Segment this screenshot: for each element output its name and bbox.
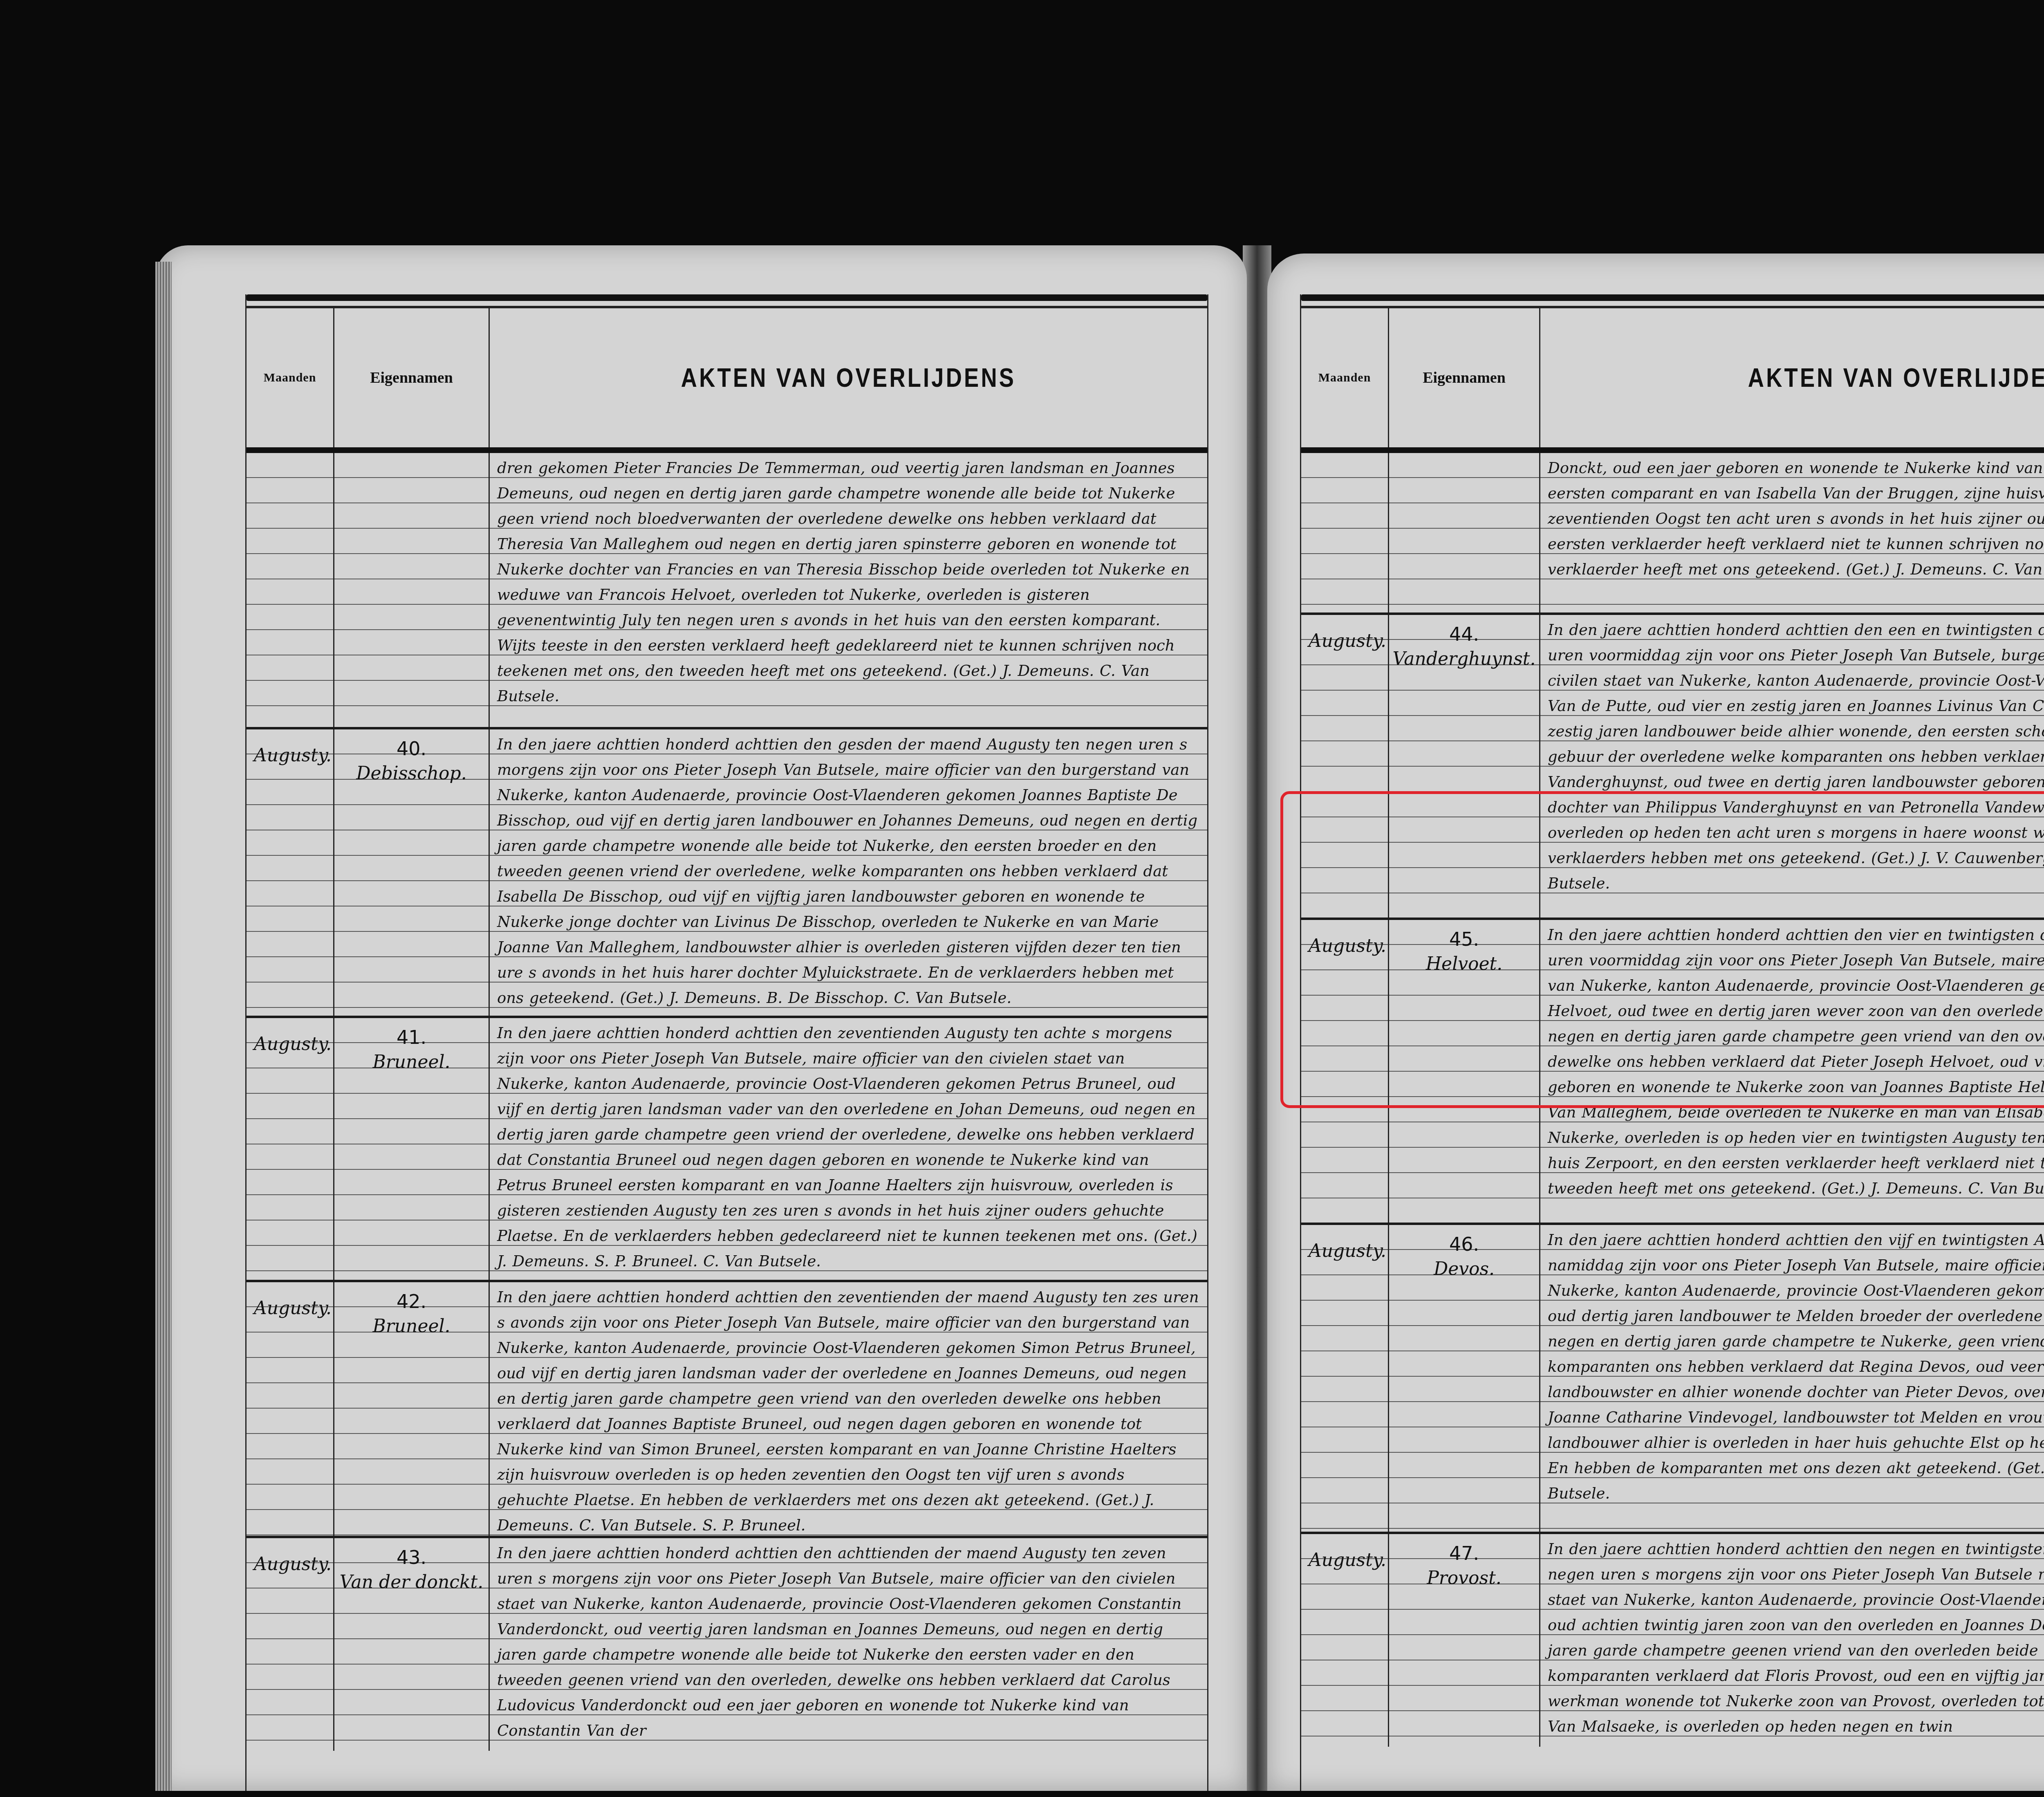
left-entries: dren gekomen Pieter Francies De Temmerma…: [247, 453, 1207, 1751]
header-eigennamen: Eigennamen: [1389, 308, 1540, 447]
month: Augusty.: [1309, 1550, 1386, 1570]
name-cell: 42.Bruneel.: [334, 1282, 490, 1538]
record-number: 42.: [334, 1290, 489, 1312]
death-record: Augusty. 40.Debisschop. In den jaere ach…: [247, 727, 1207, 1016]
record-text: Donckt, oud een jaer geboren en wonende …: [1540, 453, 2044, 582]
record-text: In den jaere achttien honderd achttien d…: [490, 1538, 1207, 1743]
month-cell: Augusty.: [247, 1282, 334, 1538]
month-cell: [1301, 453, 1389, 612]
header-top-rule: [1301, 294, 2044, 301]
record-number: 47.: [1389, 1542, 1539, 1564]
death-record: Donckt, oud een jaer geboren en wonende …: [1301, 453, 2044, 612]
record-number: 44.: [1389, 623, 1539, 645]
record-text-cell: dren gekomen Pieter Francies De Temmerma…: [490, 453, 1207, 727]
name-cell: [1389, 453, 1540, 612]
surname: Bruneel.: [334, 1052, 489, 1072]
right-entries: Donckt, oud een jaer geboren en wonende …: [1301, 453, 2044, 1747]
left-page-edge: [155, 262, 172, 1791]
record-number: 45.: [1389, 928, 1539, 950]
death-record-highlighted: Augusty. 45.Helvoet. In den jaere achtti…: [1301, 918, 2044, 1223]
header-maanden: Maanden: [1301, 308, 1389, 447]
name-cell: [334, 453, 490, 727]
record-text: In den jaere achttien honderd achttien d…: [490, 729, 1207, 1011]
header-eigennamen: Eigennamen: [334, 308, 490, 447]
surname: Vanderghuynst.: [1389, 648, 1539, 669]
month-cell: Augusty.: [1301, 1534, 1389, 1747]
name-cell: 41.Bruneel.: [334, 1018, 490, 1280]
surname: Van der donckt.: [334, 1572, 489, 1593]
surname: Bruneel.: [334, 1316, 489, 1337]
death-record: dren gekomen Pieter Francies De Temmerma…: [247, 453, 1207, 727]
death-record: Augusty. 46.Devos. In den jaere achttien…: [1301, 1223, 2044, 1532]
left-ledger: Maanden Eigennamen AKTEN VAN OVERLIJDENS…: [245, 294, 1208, 1791]
month: Augusty.: [1309, 936, 1386, 956]
record-number: 46.: [1389, 1233, 1539, 1255]
month: Augusty.: [254, 1298, 332, 1319]
record-number: 40.: [334, 738, 489, 760]
record-text-cell: In den jaere achttien honderd achttien d…: [1540, 1225, 2044, 1532]
month-cell: Augusty.: [247, 1018, 334, 1280]
header-top-rule: [247, 294, 1207, 301]
month: Augusty.: [254, 1554, 332, 1575]
record-text: In den jaere achttien honderd achttien d…: [1540, 920, 2044, 1201]
header-akten-van-overlijdens: AKTEN VAN OVERLIJDENS: [1597, 308, 2044, 447]
month-cell: Augusty.: [247, 1538, 334, 1751]
header-maanden: Maanden: [247, 308, 334, 447]
month-cell: Augusty.: [1301, 615, 1389, 918]
surname: Debisschop.: [334, 763, 489, 784]
record-text: dren gekomen Pieter Francies De Temmerma…: [490, 453, 1207, 709]
record-text-cell: Donckt, oud een jaer geboren en wonende …: [1540, 453, 2044, 612]
record-text: In den jaere achttien honderd achttien d…: [1540, 615, 2044, 896]
record-text: In den jaere achttien honderd achttien d…: [490, 1282, 1207, 1538]
month: Augusty.: [1309, 630, 1386, 651]
record-text: In den jaere achttien honderd achttien d…: [490, 1018, 1207, 1274]
month-cell: Augusty.: [1301, 920, 1389, 1223]
record-text-cell: In den jaere achttien honderd achttien d…: [490, 1282, 1207, 1538]
record-text-cell: In den jaere achttien honderd achttien d…: [1540, 920, 2044, 1223]
record-number: 43.: [334, 1546, 489, 1568]
name-cell: 43.Van der donckt.: [334, 1538, 490, 1751]
record-text-cell: In den jaere achttien honderd achttien d…: [1540, 615, 2044, 918]
surname: Devos.: [1389, 1259, 1539, 1279]
surname: Provost.: [1389, 1568, 1539, 1588]
name-cell: 40.Debisschop.: [334, 729, 490, 1016]
name-cell: 46.Devos.: [1389, 1225, 1540, 1532]
record-text-cell: In den jaere achttien honderd achttien d…: [490, 1538, 1207, 1751]
right-ledger: Maanden Eigennamen AKTEN VAN OVERLIJDENS…: [1300, 294, 2044, 1791]
record-text-cell: In den jaere achttien honderd achttien d…: [490, 729, 1207, 1016]
name-cell: 47.Provost.: [1389, 1534, 1540, 1747]
surname: Helvoet.: [1389, 953, 1539, 974]
death-record: Augusty. 47.Provost. In den jaere achtti…: [1301, 1532, 2044, 1747]
name-cell: 44.Vanderghuynst.: [1389, 615, 1540, 918]
month-cell: [247, 453, 334, 727]
month: Augusty.: [254, 1034, 332, 1054]
death-record: Augusty. 42.Bruneel. In den jaere achtti…: [247, 1280, 1207, 1536]
month-cell: Augusty.: [247, 729, 334, 1016]
month-cell: Augusty.: [1301, 1225, 1389, 1532]
record-text: In den jaere achttien honderd achttien d…: [1540, 1225, 2044, 1506]
death-record: Augusty. 44.Vanderghuynst. In den jaere …: [1301, 612, 2044, 918]
left-column-headers: Maanden Eigennamen AKTEN VAN OVERLIJDENS: [247, 308, 1207, 453]
header-akten-van-overlijdens: AKTEN VAN OVERLIJDENS: [544, 308, 1154, 447]
month: Augusty.: [1309, 1241, 1386, 1261]
death-record: Augusty. 41.Bruneel. In den jaere achtti…: [247, 1016, 1207, 1280]
record-text: In den jaere achttien honderd achttien d…: [1540, 1534, 2044, 1739]
name-cell: 45.Helvoet.: [1389, 920, 1540, 1223]
month: Augusty.: [254, 745, 332, 766]
right-column-headers: Maanden Eigennamen AKTEN VAN OVERLIJDENS: [1301, 308, 2044, 453]
record-text-cell: In den jaere achttien honderd achttien d…: [490, 1018, 1207, 1280]
record-text-cell: In den jaere achttien honderd achttien d…: [1540, 1534, 2044, 1747]
death-record: Augusty. 43.Van der donckt. In den jaere…: [247, 1536, 1207, 1751]
record-number: 41.: [334, 1026, 489, 1048]
